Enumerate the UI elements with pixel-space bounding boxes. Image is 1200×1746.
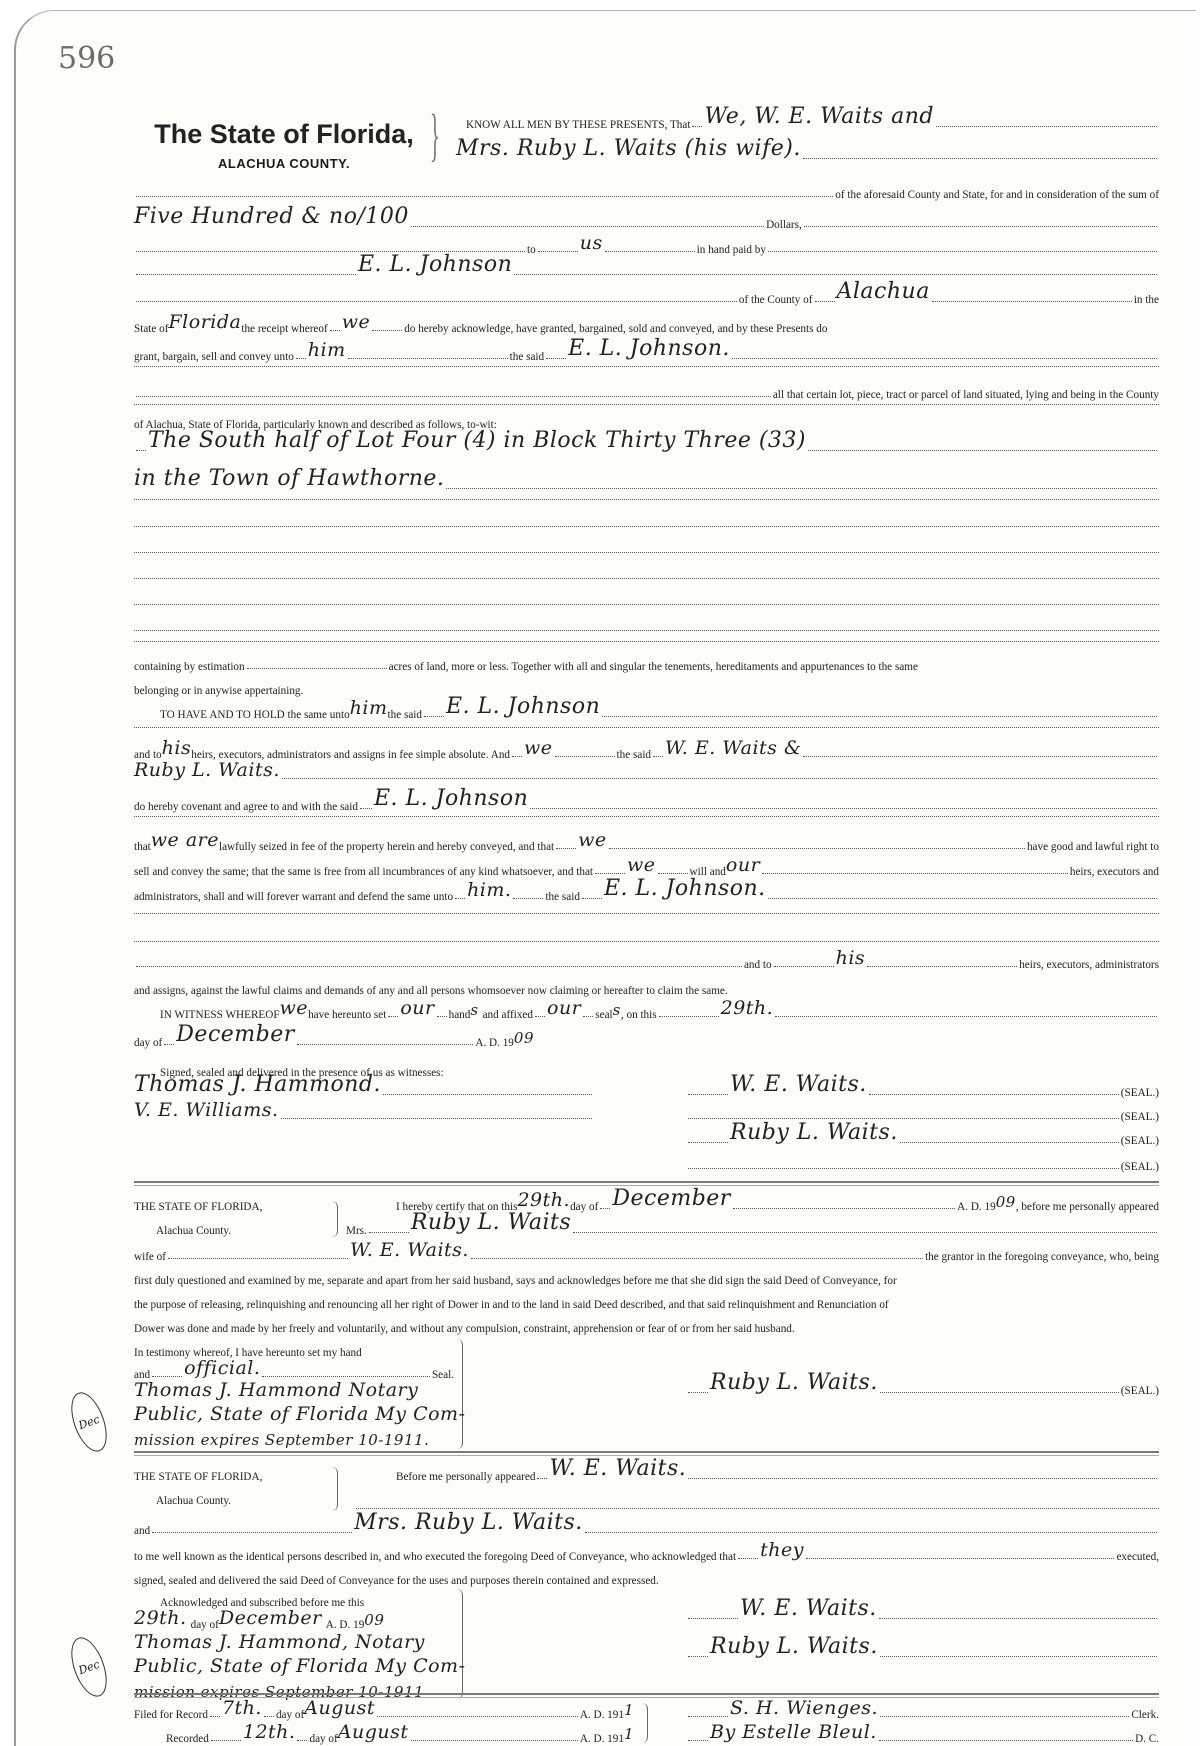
fill	[136, 195, 833, 197]
ack-year: 09	[364, 1611, 384, 1629]
deputy-row: By Estelle Bleul. D. C.	[686, 1725, 1159, 1745]
fill	[348, 357, 508, 359]
our-hands: our	[400, 997, 434, 1019]
fill	[264, 1715, 274, 1717]
acknowledged-row: Acknowledged and subscribed before me th…	[134, 1589, 464, 1609]
appeared-row: Before me personally appeared W. E. Wait…	[396, 1463, 1159, 1483]
fill	[455, 897, 465, 899]
dower-paragraph-3: Dower was done and made by her freely an…	[134, 1323, 795, 1335]
fill	[775, 1015, 1157, 1017]
execution-day: 29th.	[721, 997, 774, 1019]
executed-label: executed,	[1116, 1551, 1159, 1563]
fill	[602, 715, 1157, 717]
fill	[210, 1715, 220, 1717]
notary-commission-2: Public, State of Florida My Com-	[134, 1655, 466, 1677]
day-of-label: day of	[570, 1201, 598, 1213]
grantors-row-1: KNOW ALL MEN BY THESE PRESENTS, That We,…	[466, 111, 1159, 131]
aforesaid-row: of the aforesaid County and State, for a…	[134, 181, 1159, 201]
ack-person-1: W. E. Waits.	[549, 1456, 686, 1481]
blank-line	[134, 404, 1159, 405]
our-heirs: our	[726, 854, 760, 876]
dower-signature: Ruby L. Waits.	[710, 1370, 878, 1395]
fill	[595, 872, 625, 874]
covenant-row: do hereby covenant and agree to and with…	[134, 793, 1159, 813]
blank-line	[134, 727, 1159, 728]
witness-1-signature: Thomas J. Hammond.	[134, 1072, 381, 1097]
fill	[136, 300, 737, 302]
witness-row: IN WITNESS WHEREOF we have hereunto set …	[134, 1001, 1159, 1021]
fill	[815, 300, 835, 302]
fill	[804, 225, 1157, 227]
fill	[936, 125, 1157, 127]
signature-row-4: (SEAL.)	[686, 1153, 1159, 1173]
covenant-text: do hereby covenant and agree to and with…	[134, 801, 358, 813]
heirs-pronoun: his	[162, 737, 192, 759]
fill	[900, 1141, 1119, 1143]
to-label: to	[527, 244, 536, 256]
before-me-text: , before me personally appeared	[1016, 1201, 1159, 1213]
indent	[136, 716, 158, 717]
fill	[692, 125, 702, 127]
dower-state: THE STATE OF FLORIDA,	[134, 1201, 262, 1213]
lot-clause-text: all that certain lot, piece, tract or pa…	[773, 389, 1159, 401]
dower-brace	[331, 1201, 338, 1237]
good-right-text: have good and lawful right to	[1027, 841, 1159, 853]
seal-word: Seal.	[432, 1369, 454, 1381]
section-divider	[134, 1693, 1159, 1698]
notary-expiry-1: mission expires September 10-1911.	[134, 1431, 429, 1449]
fill	[297, 1739, 307, 1741]
deputy-signature: By Estelle Bleul.	[710, 1721, 877, 1743]
warrant-row: administrators, shall and will forever w…	[134, 883, 1159, 903]
ad-label: A. D. 19	[957, 1201, 996, 1213]
seal-label: (SEAL.)	[1121, 1111, 1159, 1123]
property-description-1: The South half of Lot Four (4) in Block …	[148, 428, 806, 453]
fill	[136, 449, 146, 451]
day-of-label: day of	[309, 1733, 337, 1745]
blank-line	[134, 366, 1159, 367]
county-row: of the County of Alachua in the	[134, 286, 1159, 306]
fill	[446, 487, 1157, 489]
indent	[136, 1604, 158, 1605]
clerk-signature: S. H. Wienges.	[730, 1697, 878, 1719]
payer-name: E. L. Johnson	[358, 252, 512, 277]
heirs-row: and to his heirs, executors, administrat…	[134, 741, 1159, 761]
fill	[330, 329, 340, 331]
husband-name: W. E. Waits.	[350, 1239, 469, 1261]
wife-name: Ruby L. Waits	[411, 1210, 571, 1235]
official-word: official.	[184, 1357, 260, 1379]
ack-they: they	[760, 1539, 804, 1561]
execution-year: 09	[514, 1029, 534, 1047]
fill	[659, 1015, 719, 1017]
fill	[296, 357, 306, 359]
assigns-row: and assigns, against the lawful claims a…	[134, 977, 1159, 997]
fill	[556, 847, 576, 849]
blank-line	[134, 913, 1159, 914]
lawfully-party: we	[578, 829, 607, 851]
ad-label: A. D. 191	[580, 1709, 624, 1721]
property-description-2: in the Town of Hawthorne.	[134, 466, 444, 491]
said-grantors-row: Ruby L. Waits.	[134, 763, 1159, 783]
fill	[869, 1093, 1119, 1095]
official-seal-row: and official. Seal.	[134, 1361, 454, 1381]
blank-line	[134, 604, 1159, 605]
ack-state: THE STATE OF FLORIDA,	[134, 1471, 262, 1483]
blank-line	[134, 552, 1159, 553]
notary-line-1: Thomas J. Hammond Notary	[134, 1383, 454, 1403]
fill	[808, 449, 1157, 451]
fill	[535, 1015, 545, 1017]
recorded-row: Recorded 12th. day of August A. D. 191 1	[166, 1725, 634, 1745]
fill	[555, 755, 615, 757]
mrs-row: Mrs. Ruby L. Waits	[346, 1217, 1159, 1237]
fill	[582, 897, 602, 899]
said-grantors-1: W. E. Waits &	[665, 737, 801, 759]
filed-year: 1	[624, 1701, 634, 1719]
ack-brace	[331, 1467, 338, 1511]
ack-person-2: Mrs. Ruby L. Waits.	[354, 1510, 583, 1535]
dower-county: Alachua County.	[156, 1225, 231, 1237]
grant-row: grant, bargain, sell and convey unto him…	[134, 343, 1159, 363]
county-subtitle: ALACHUA COUNTY.	[124, 156, 444, 171]
notary-expiry-2: mission expires September 10-1911	[134, 1683, 424, 1701]
belonging-text: belonging or in anywise appertaining.	[134, 685, 303, 697]
recorded-day: 12th.	[243, 1721, 296, 1743]
fill	[168, 1257, 348, 1259]
grantors-row-2: Mrs. Ruby L. Waits (his wife).	[456, 143, 1159, 163]
fill	[880, 1715, 1129, 1717]
fill	[803, 157, 1157, 159]
assigns-text: and assigns, against the lawful claims a…	[134, 985, 728, 997]
blank-line	[134, 526, 1159, 527]
dower-year: 09	[996, 1193, 1016, 1211]
notary-brace	[456, 1339, 463, 1449]
lawfully-text: lawfully seized in fee of the property h…	[219, 841, 554, 853]
the-said-label: the said	[617, 749, 652, 761]
fill	[281, 1117, 592, 1119]
fill	[879, 1739, 1133, 1741]
state-row: State of Florida the receipt whereof we …	[134, 315, 1159, 335]
hands-suffix: s	[470, 1001, 478, 1019]
sum-row: Five Hundred & no/100 Dollars,	[134, 211, 1159, 231]
have-hold-row: TO HAVE AND TO HOLD the same unto him th…	[134, 701, 1159, 721]
acknowledge-text: do hereby acknowledge, have granted, bar…	[404, 323, 827, 335]
description-row-1: The South half of Lot Four (4) in Block …	[134, 435, 1159, 455]
recorded-month: August	[338, 1721, 409, 1743]
notary-signature-1: Thomas J. Hammond Notary	[134, 1379, 418, 1401]
seal-label: (SEAL.)	[1121, 1087, 1159, 1099]
fill	[152, 1531, 352, 1533]
fill	[152, 1375, 182, 1377]
ack-signature-row-1: W. E. Waits.	[686, 1603, 1159, 1623]
seal-label: (SEAL.)	[1121, 1135, 1159, 1147]
fill	[383, 1093, 592, 1095]
dower-day: 29th.	[517, 1189, 570, 1211]
fill	[377, 1715, 578, 1717]
ack-county: Alachua County.	[156, 1495, 231, 1507]
heirs-exec-text: heirs, executors and	[1070, 866, 1159, 878]
fill	[538, 250, 578, 252]
fill	[738, 1557, 758, 1559]
ad-label: A. D. 19	[475, 1037, 514, 1049]
deputy-label: D. C.	[1135, 1733, 1159, 1745]
fill	[136, 965, 742, 967]
fill	[424, 715, 444, 717]
fill	[136, 273, 356, 275]
signature-row-3: Ruby L. Waits. (SEAL.)	[686, 1127, 1159, 1147]
grantors-line-1: We, W. E. Waits and	[704, 104, 933, 129]
to-have-label: TO HAVE AND TO HOLD the same unto	[160, 709, 350, 721]
description-row-2: in the Town of Hawthorne.	[134, 473, 1159, 493]
filed-month: August	[304, 1697, 375, 1719]
fill	[360, 807, 372, 809]
dollars-label: Dollars,	[766, 219, 802, 231]
dower-text-3: Dower was done and made by her freely an…	[134, 1315, 1159, 1335]
witness-2-signature: V. E. Williams.	[134, 1099, 279, 1121]
ack-signature-1: W. E. Waits.	[740, 1596, 877, 1621]
fill	[653, 755, 663, 757]
fill	[880, 1391, 1119, 1393]
fill	[530, 807, 1157, 809]
margin-note-1: Dec	[64, 1388, 113, 1457]
grant-unto-label: grant, bargain, sell and convey unto	[134, 351, 294, 363]
county-label: of the County of	[739, 294, 813, 306]
in-hand-paid-label: in hand paid by	[697, 244, 766, 256]
fill	[369, 1231, 409, 1233]
fill	[803, 755, 1157, 757]
ack-notary-brace	[456, 1589, 463, 1699]
seal-label: (SEAL.)	[1121, 1385, 1159, 1397]
fill	[688, 1167, 1119, 1169]
sell-convey-text: sell and convey the same; that the same …	[134, 866, 593, 878]
hand-label: hand	[449, 1009, 471, 1021]
fill	[297, 1043, 474, 1045]
payer-state: Florida	[169, 311, 242, 333]
dower-text-1: first duly questioned and examined by me…	[134, 1267, 1159, 1287]
his-heirs-row: and to his heirs, executors, administrat…	[134, 951, 1159, 971]
ack-signature-2: Ruby L. Waits.	[710, 1634, 878, 1659]
heirs-exec-admin-text: heirs, executors, administrators	[1019, 959, 1159, 971]
fill	[514, 273, 1157, 275]
ack-text-row-1: to me well known as the identical person…	[134, 1543, 1159, 1563]
day-of-label: day of	[134, 1037, 162, 1049]
administrators-text: administrators, shall and will forever w…	[134, 891, 453, 903]
affixed-label: and affixed	[483, 1009, 533, 1021]
fill	[411, 1739, 578, 1741]
aforesaid-text: of the aforesaid County and State, for a…	[835, 189, 1159, 201]
fill	[437, 1015, 447, 1017]
ack-paragraph-1: to me well known as the identical person…	[134, 1551, 736, 1563]
seal-label: seal	[595, 1009, 612, 1021]
grantor-signature-1: W. E. Waits.	[730, 1072, 867, 1097]
fill	[932, 300, 1132, 302]
receipt-label: the receipt whereof	[241, 323, 327, 335]
said-grantors-2: Ruby L. Waits.	[134, 759, 280, 781]
blank-line	[134, 816, 1159, 817]
grantor-signature-2: Ruby L. Waits.	[730, 1120, 898, 1145]
fill	[573, 1231, 1157, 1233]
ack-paragraph-2: signed, sealed and delivered the said De…	[134, 1575, 659, 1587]
filed-row: Filed for Record 7th. day of August A. D…	[134, 1701, 634, 1721]
fill	[411, 225, 764, 227]
defend-grantee: E. L. Johnson.	[604, 876, 766, 901]
seals-suffix: s	[613, 1001, 621, 1019]
ack-date-row: 29th. day of December A. D. 19 09	[134, 1611, 454, 1631]
before-me-label: Before me personally appeared	[396, 1471, 535, 1483]
the-said-label: the said	[510, 351, 545, 363]
covenant-grantee: E. L. Johnson	[374, 786, 528, 811]
witness-date-row: day of December A. D. 19 09	[134, 1029, 534, 1049]
blank-line	[134, 941, 1159, 942]
and-person-row: and Mrs. Ruby L. Waits.	[134, 1517, 1159, 1537]
paid-to: us	[580, 232, 603, 254]
grantee-name: E. L. Johnson.	[568, 336, 730, 361]
ack-day: 29th.	[134, 1607, 187, 1629]
state-of-label: State of	[134, 323, 169, 335]
header-brace: }	[430, 106, 440, 164]
have-set-label: have hereunto set	[308, 1009, 386, 1021]
fill	[733, 1207, 955, 1209]
fill	[762, 872, 1068, 874]
fill	[388, 1015, 398, 1017]
fill	[164, 1043, 174, 1045]
wife-of-label: wife of	[134, 1251, 166, 1263]
day-of-label: day of	[191, 1619, 219, 1631]
lot-row: all that certain lot, piece, tract or pa…	[134, 381, 1159, 401]
fill	[688, 1141, 728, 1143]
and-party: we	[524, 737, 553, 759]
notary-line-2: Public, State of Florida My Com-	[134, 1407, 454, 1427]
fill	[136, 395, 771, 397]
fill	[537, 1477, 547, 1479]
dower-signature-row: Ruby L. Waits. (SEAL.)	[686, 1377, 1159, 1397]
fill	[282, 777, 1157, 779]
and-to-label: and to	[744, 959, 772, 971]
fill	[609, 847, 1025, 849]
ack-signature-row-2: Ruby L. Waits.	[686, 1641, 1159, 1661]
blank-line	[134, 578, 1159, 579]
will-party: we	[627, 854, 656, 876]
clerk-label: Clerk.	[1131, 1709, 1159, 1721]
acres-text: acres of land, more or less. Together wi…	[389, 661, 918, 673]
dower-text-2: the purpose of releasing, relinquishing …	[134, 1291, 1159, 1311]
fill	[513, 897, 543, 899]
receipt-party: we	[342, 311, 371, 333]
dower-paragraph-2: the purpose of releasing, relinquishing …	[134, 1299, 889, 1311]
margin-note-2: Dec	[64, 1633, 113, 1702]
in-witness-label: IN WITNESS WHEREOF	[160, 1009, 280, 1021]
grantee-pronoun: him	[308, 339, 346, 361]
witness-1-row: Thomas J. Hammond.	[134, 1079, 594, 1099]
witness-2-row: V. E. Williams.	[134, 1103, 594, 1123]
that-party: we are	[151, 829, 219, 851]
blank-line	[134, 499, 1159, 500]
defend-pronoun: him.	[467, 879, 511, 901]
title-block: The State of Florida, ALACHUA COUNTY.	[124, 119, 444, 171]
page-number: 596	[58, 41, 115, 76]
fill	[879, 1617, 1157, 1619]
recorded-label: Recorded	[166, 1733, 209, 1745]
fill	[774, 965, 834, 967]
fill	[585, 1531, 1157, 1533]
notary-commission-1: Public, State of Florida My Com-	[134, 1403, 466, 1425]
fill	[768, 250, 1157, 252]
fill	[372, 329, 402, 331]
fill	[688, 1617, 738, 1619]
defend-said-label: the said	[545, 891, 580, 903]
fill	[247, 667, 387, 669]
fill	[605, 250, 695, 252]
fill	[211, 1739, 241, 1741]
fill	[688, 1477, 1157, 1479]
blank-line	[134, 630, 1159, 631]
dower-month: December	[612, 1186, 730, 1211]
ad-label: A. D. 191	[580, 1733, 624, 1745]
our-seals: our	[547, 997, 581, 1019]
fill	[688, 1715, 728, 1717]
notary-line-3: mission expires September 10-1911.	[134, 1431, 454, 1451]
grantor-text: the grantor in the foregoing conveyance,…	[925, 1251, 1159, 1263]
payer-row: E. L. Johnson	[134, 259, 1159, 279]
fill	[688, 1655, 708, 1657]
fill	[688, 1391, 708, 1393]
deed-page: 596 The State of Florida, ALACHUA COUNTY…	[14, 10, 1196, 1745]
fill	[688, 1093, 728, 1095]
have-said-label: the said	[388, 709, 423, 721]
fill	[688, 1117, 1119, 1119]
clerk-row: S. H. Wienges. Clerk.	[686, 1701, 1159, 1721]
wife-of-row: wife of W. E. Waits. the grantor in the …	[134, 1243, 1159, 1263]
page-title: The State of Florida,	[124, 119, 444, 150]
ack-notary-2: Public, State of Florida My Com-	[134, 1659, 454, 1679]
indent	[136, 1016, 158, 1017]
know-all-men-text: KNOW ALL MEN BY THESE PRESENTS, That	[466, 119, 690, 131]
ad-label: A. D. 19	[326, 1619, 365, 1631]
blank-line	[356, 1508, 1159, 1509]
day-of-label: day of	[276, 1709, 304, 1721]
filed-day: 7th.	[222, 1697, 262, 1719]
fill	[471, 1257, 923, 1259]
and-label: and	[134, 1525, 150, 1537]
notary-signature-2: Thomas J. Hammond, Notary	[134, 1631, 425, 1653]
fill	[867, 965, 1017, 967]
ack-month: December	[219, 1607, 322, 1629]
fill	[732, 357, 1157, 359]
to-row: to us in hand paid by	[134, 236, 1159, 256]
fill	[546, 357, 566, 359]
signature-row-1: W. E. Waits. (SEAL.)	[686, 1079, 1159, 1099]
fill	[880, 1655, 1157, 1657]
fill	[688, 1739, 708, 1741]
seal-label: (SEAL.)	[1121, 1161, 1159, 1173]
mrs-label: Mrs.	[346, 1225, 367, 1237]
execution-month: December	[176, 1022, 294, 1047]
fill	[512, 755, 522, 757]
that-label: that	[134, 841, 151, 853]
sell-convey-row: sell and convey the same; that the same …	[134, 858, 1159, 878]
blank-line	[134, 641, 1159, 642]
fill	[658, 872, 688, 874]
recorded-year: 1	[624, 1725, 634, 1743]
in-the-label: in the	[1134, 294, 1159, 306]
ack-notary-1: Thomas J. Hammond, Notary	[134, 1635, 454, 1655]
his-heirs: his	[836, 947, 866, 969]
dower-paragraph-1: first duly questioned and examined by me…	[134, 1275, 897, 1287]
fill	[262, 1375, 430, 1377]
fill	[600, 1207, 610, 1209]
fill	[768, 897, 1157, 899]
